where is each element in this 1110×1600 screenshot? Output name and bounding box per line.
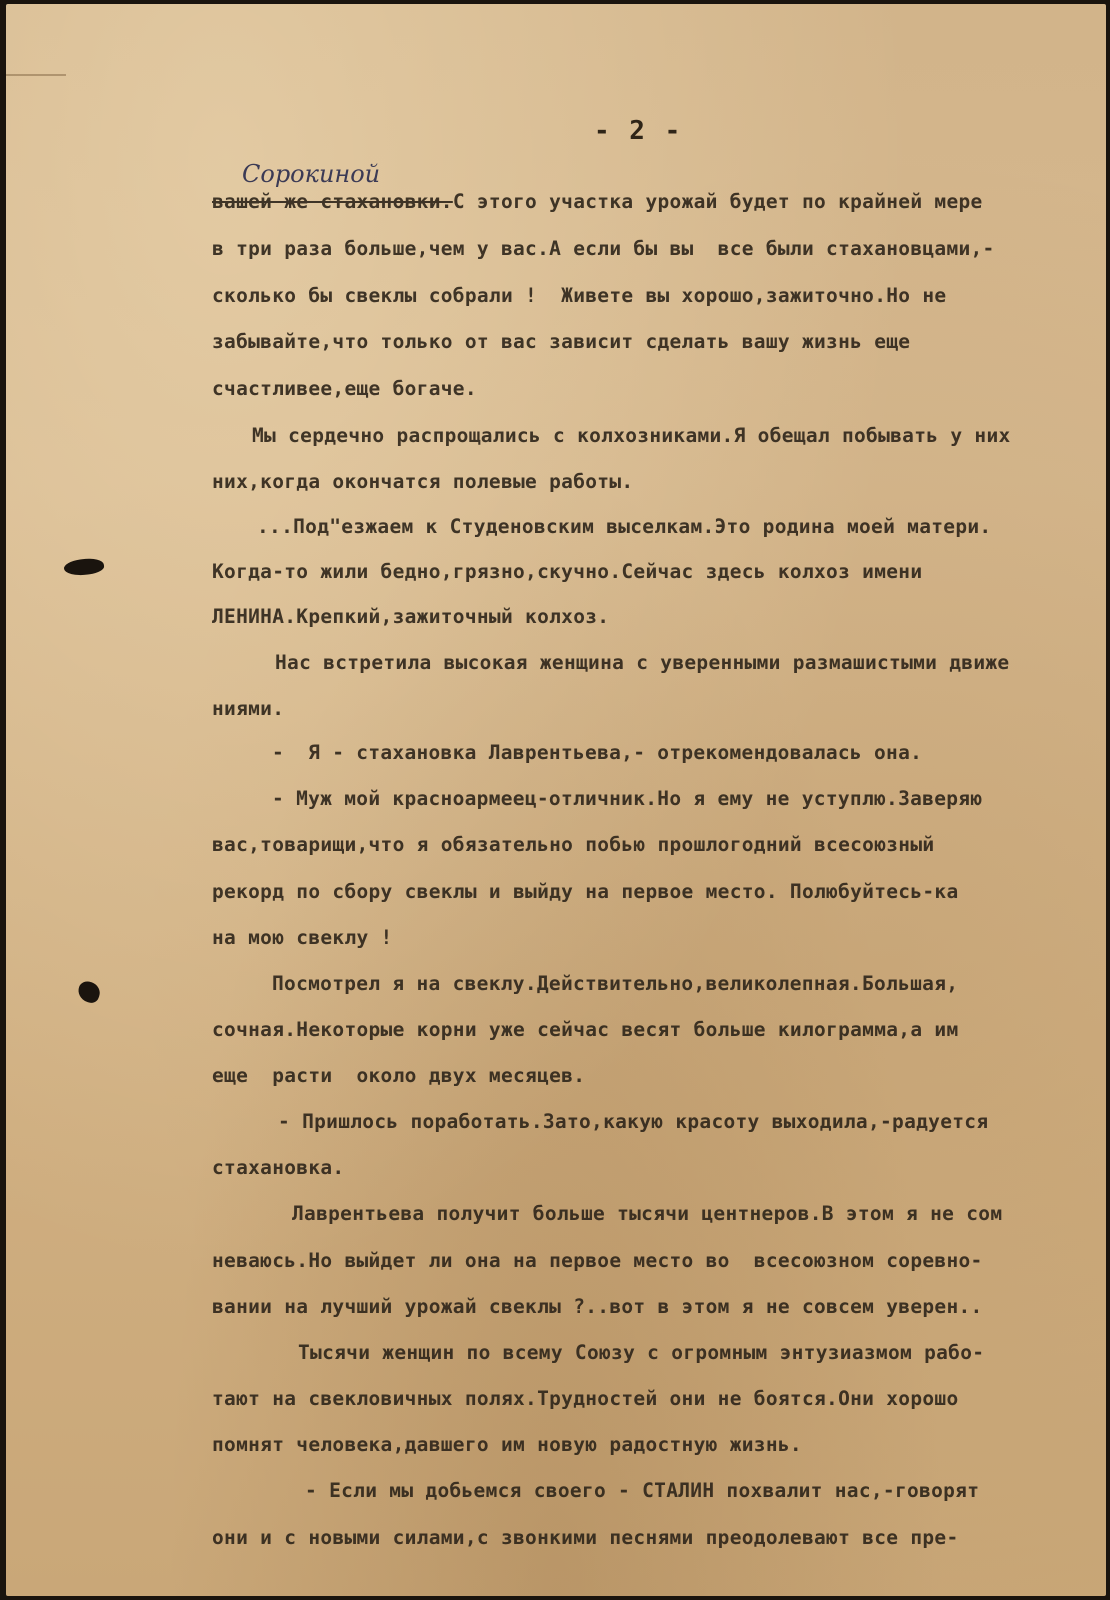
text-line: вашей же стахановки.С этого участка урож… bbox=[212, 190, 983, 213]
line-text: Лаврентьева получит больше тысячи центне… bbox=[292, 1202, 1002, 1225]
text-line: - Муж мой красноармеец-отличник.Но я ему… bbox=[272, 787, 982, 810]
line-text: ...Под"езжаем к Студеновским выселкам.Эт… bbox=[257, 515, 991, 538]
line-text: Нас встретила высокая женщина с уверенны… bbox=[275, 651, 1009, 674]
line-text: Мы сердечно распрощались с колхозниками.… bbox=[252, 424, 1011, 447]
text-line: стахановка. bbox=[212, 1156, 344, 1179]
line-text: Когда-то жили бедно,грязно,скучно.Сейчас… bbox=[212, 560, 922, 583]
binding-hole bbox=[75, 979, 103, 1005]
text-line: Нас встретила высокая женщина с уверенны… bbox=[275, 651, 1009, 674]
line-text: вас,товарищи,что я обязательно побью про… bbox=[212, 833, 934, 856]
text-line: рекорд по сбору свеклы и выйду на первое… bbox=[212, 880, 958, 903]
line-text: - Пришлось поработать.Зато,какую красоту… bbox=[278, 1110, 988, 1133]
line-text: неваюсь.Но выйдет ли она на первое место… bbox=[212, 1249, 983, 1272]
text-line: ...Под"езжаем к Студеновским выселкам.Эт… bbox=[257, 515, 991, 538]
text-line: Когда-то жили бедно,грязно,скучно.Сейчас… bbox=[212, 560, 922, 583]
struck-through-text: вашей же стахановки. bbox=[212, 190, 453, 213]
text-line: - Пришлось поработать.Зато,какую красоту… bbox=[278, 1110, 988, 1133]
text-line: помнят человека,давшего им новую радостн… bbox=[212, 1433, 802, 1456]
typewritten-page: - 2 - Сорокиной вашей же стахановки.С эт… bbox=[6, 4, 1106, 1596]
handwritten-correction: Сорокиной bbox=[242, 160, 380, 188]
line-text: они и с новыми силами,с звонкими песнями… bbox=[212, 1526, 958, 1549]
line-text: сколько бы свеклы собрали ! Живете вы хо… bbox=[212, 284, 946, 307]
line-text: вании на лучший урожай свеклы ?..вот в э… bbox=[212, 1295, 983, 1318]
line-text: Тысячи женщин по всему Союзу с огромным … bbox=[298, 1341, 984, 1364]
line-text: на мою свеклу ! bbox=[212, 926, 393, 949]
line-text: С этого участка урожай будет по крайней … bbox=[453, 190, 983, 213]
text-line: на мою свеклу ! bbox=[212, 926, 393, 949]
text-line: еще расти около двух месяцев. bbox=[212, 1064, 585, 1087]
line-text: помнят человека,давшего им новую радостн… bbox=[212, 1433, 802, 1456]
text-line: - Если мы добьемся своего - СТАЛИН похва… bbox=[305, 1479, 979, 1502]
line-text: стахановка. bbox=[212, 1156, 344, 1179]
line-text: Посмотрел я на свеклу.Действительно,вели… bbox=[272, 972, 958, 995]
text-line: в три раза больше,чем у вас.А если бы вы… bbox=[212, 237, 995, 260]
paper-fold-mark bbox=[6, 74, 66, 76]
line-text: них,когда окончатся полевые работы. bbox=[212, 470, 633, 493]
text-line: Посмотрел я на свеклу.Действительно,вели… bbox=[272, 972, 958, 995]
line-text: рекорд по сбору свеклы и выйду на первое… bbox=[212, 880, 958, 903]
text-line: вас,товарищи,что я обязательно побью про… bbox=[212, 833, 934, 856]
line-text: счастливее,еще богаче. bbox=[212, 377, 477, 400]
text-line: - Я - стахановка Лаврентьева,- отрекомен… bbox=[272, 741, 922, 764]
line-text: забывайте,что только от вас зависит сдел… bbox=[212, 330, 910, 353]
text-line: Лаврентьева получит больше тысячи центне… bbox=[292, 1202, 1002, 1225]
line-text: сочная.Некоторые корни уже сейчас весят … bbox=[212, 1018, 958, 1041]
binding-hole bbox=[63, 556, 105, 577]
line-text: еще расти около двух месяцев. bbox=[212, 1064, 585, 1087]
text-line: Мы сердечно распрощались с колхозниками.… bbox=[252, 424, 1011, 447]
line-text: - Если мы добьемся своего - СТАЛИН похва… bbox=[305, 1479, 979, 1502]
text-line: сочная.Некоторые корни уже сейчас весят … bbox=[212, 1018, 958, 1041]
text-line: неваюсь.Но выйдет ли она на первое место… bbox=[212, 1249, 983, 1272]
text-line: ниями. bbox=[212, 697, 284, 720]
text-line: они и с новыми силами,с звонкими песнями… bbox=[212, 1526, 958, 1549]
text-line: счастливее,еще богаче. bbox=[212, 377, 477, 400]
page-number: - 2 - bbox=[594, 116, 682, 146]
text-line: ЛЕНИНА.Крепкий,зажиточный колхоз. bbox=[212, 605, 609, 628]
line-text: - Я - стахановка Лаврентьева,- отрекомен… bbox=[272, 741, 922, 764]
text-line: Тысячи женщин по всему Союзу с огромным … bbox=[298, 1341, 984, 1364]
text-line: вании на лучший урожай свеклы ?..вот в э… bbox=[212, 1295, 983, 1318]
line-text: ниями. bbox=[212, 697, 284, 720]
text-line: сколько бы свеклы собрали ! Живете вы хо… bbox=[212, 284, 946, 307]
text-line: забывайте,что только от вас зависит сдел… bbox=[212, 330, 910, 353]
line-text: тают на свекловичных полях.Трудностей он… bbox=[212, 1387, 958, 1410]
text-line: тают на свекловичных полях.Трудностей он… bbox=[212, 1387, 958, 1410]
line-text: ЛЕНИНА.Крепкий,зажиточный колхоз. bbox=[212, 605, 609, 628]
line-text: в три раза больше,чем у вас.А если бы вы… bbox=[212, 237, 995, 260]
text-line: них,когда окончатся полевые работы. bbox=[212, 470, 633, 493]
line-text: - Муж мой красноармеец-отличник.Но я ему… bbox=[272, 787, 982, 810]
